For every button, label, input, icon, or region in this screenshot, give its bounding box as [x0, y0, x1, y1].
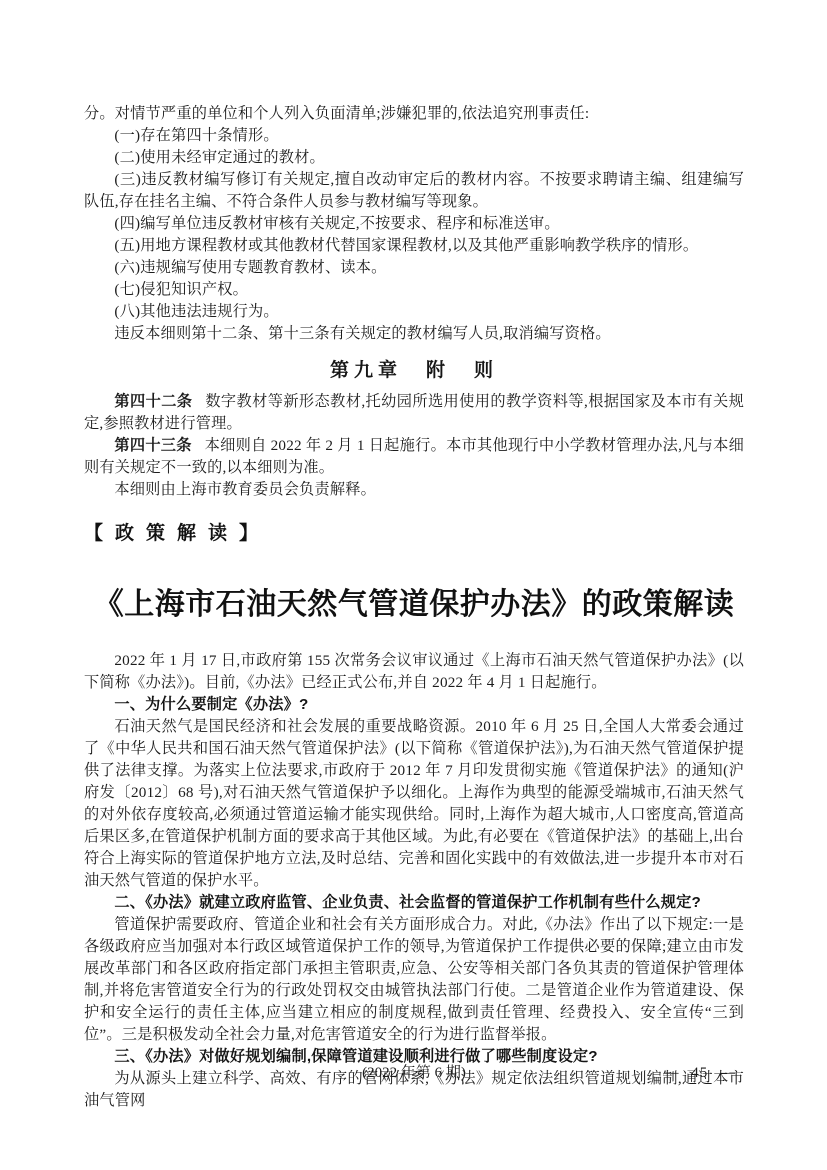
- regulation-list-item: (一)存在第四十条情形。: [84, 125, 744, 147]
- regulation-list-item: (三)违反教材编写修订有关规定,擅自改动审定后的教材内容。不按要求聘请主编、组建…: [84, 169, 744, 213]
- chapter-heading: 第九章 附 则: [84, 358, 744, 384]
- regulation-continuation-paragraph: 分。对情节严重的单位和个人列入负面清单;涉嫌犯罪的,依法追究刑事责任:: [84, 103, 744, 125]
- regulation-list-item: (八)其他违法违规行为。: [84, 301, 744, 323]
- article-42-paragraph: 第四十二条数字教材等新形态教材,托幼园所选用使用的教学资料等,根据国家及本市有关…: [84, 391, 744, 435]
- question-heading-1: 一、为什么要制定《办法》?: [84, 694, 744, 716]
- regulation-list-item: (六)违规编写使用专题教育教材、读本。: [84, 257, 744, 279]
- page-footer: (2022 年第 6 期) — 45 —: [84, 1062, 744, 1084]
- page-number: — 45 —: [664, 1062, 737, 1084]
- interpretation-title: 《上海市石油天然气管道保护办法》的政策解读: [84, 583, 744, 627]
- section-label: 【政策解读】: [84, 521, 744, 547]
- page-content: 分。对情节严重的单位和个人列入负面清单;涉嫌犯罪的,依法追究刑事责任: (一)存…: [84, 103, 744, 1112]
- interpretation-paragraph: 管道保护需要政府、管道企业和社会有关方面形成合力。对此,《办法》作出了以下规定:…: [84, 914, 744, 1046]
- regulation-list-item: (五)用地方课程教材或其他教材代替国家课程教材,以及其他严重影响教学秩序的情形。: [84, 235, 744, 257]
- interpretation-paragraph: 2022 年 1 月 17 日,市政府第 155 次常务会议审议通过《上海市石油…: [84, 650, 744, 694]
- regulation-note-paragraph: 本细则由上海市教育委员会负责解释。: [84, 479, 744, 501]
- issue-label: (2022 年第 6 期): [362, 1065, 466, 1081]
- question-heading-2: 二、《办法》就建立政府监管、企业负责、社会监督的管道保护工作机制有些什么规定?: [84, 892, 744, 914]
- regulation-list-item: (七)侵犯知识产权。: [84, 279, 744, 301]
- interpretation-paragraph: 石油天然气是国民经济和社会发展的重要战略资源。2010 年 6 月 25 日,全…: [84, 716, 744, 892]
- regulation-list-item: (二)使用未经审定通过的教材。: [84, 147, 744, 169]
- regulation-closing-paragraph: 违反本细则第十二条、第十三条有关规定的教材编写人员,取消编写资格。: [84, 323, 744, 345]
- article-43-label: 第四十三条: [114, 437, 204, 454]
- document-page: 分。对情节严重的单位和个人列入负面清单;涉嫌犯罪的,依法追究刑事责任: (一)存…: [0, 0, 827, 1170]
- regulation-section: 分。对情节严重的单位和个人列入负面清单;涉嫌犯罪的,依法追究刑事责任: (一)存…: [84, 103, 744, 501]
- policy-interpretation-section: 【政策解读】 《上海市石油天然气管道保护办法》的政策解读 2022 年 1 月 …: [84, 521, 744, 1112]
- article-43-paragraph: 第四十三条本细则自 2022 年 2 月 1 日起施行。本市其他现行中小学教材管…: [84, 435, 744, 479]
- article-42-label: 第四十二条: [114, 393, 205, 410]
- regulation-list-item: (四)编写单位违反教材审核有关规定,不按要求、程序和标准送审。: [84, 213, 744, 235]
